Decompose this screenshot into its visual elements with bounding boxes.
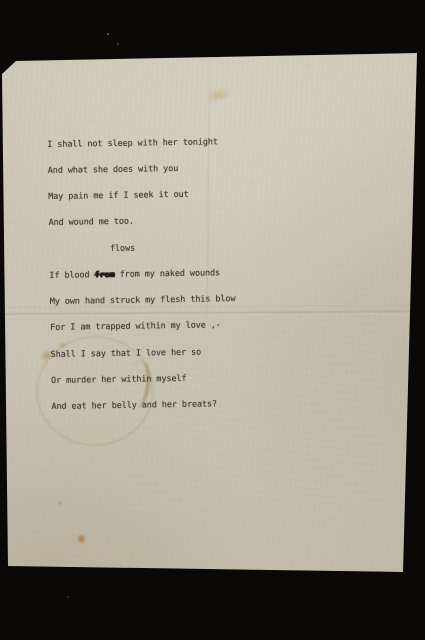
poem-line-prefix: If blood (49, 270, 94, 281)
small-brown-spot (77, 534, 86, 544)
faint-spot (57, 500, 63, 506)
poem-line: Or murder her within myself (51, 374, 237, 386)
dust-speck (117, 43, 119, 45)
poem-line: Shall I say that I love her so (51, 348, 237, 360)
photo-background: I shall not sleep with her tonight And w… (0, 0, 425, 640)
poem-line: And what she does with you (48, 164, 234, 176)
poem-line: May pain me if I seek it out (48, 190, 234, 202)
overstruck-word: from (94, 270, 114, 280)
dust-speck (67, 596, 69, 598)
poem-line: And wound me too. (49, 216, 235, 228)
paper-sheet: I shall not sleep with her tonight And w… (0, 0, 425, 640)
poem-text: I shall not sleep with her tonight And w… (47, 120, 237, 429)
poem-line: And eat her belly and her breats? (51, 400, 237, 412)
dust-speck (107, 33, 109, 35)
poem-correction-insert: flows (49, 243, 235, 255)
poem-line-suffix: from my naked wounds (115, 268, 221, 280)
poem-line: For I am trapped within my love ,- (50, 321, 236, 333)
poem-line-with-strikeout: If blood from from my naked wounds (49, 269, 235, 281)
poem-line: I shall not sleep with her tonight (47, 138, 233, 150)
poem-line: My own hand struck my flesh this blow (50, 295, 236, 307)
